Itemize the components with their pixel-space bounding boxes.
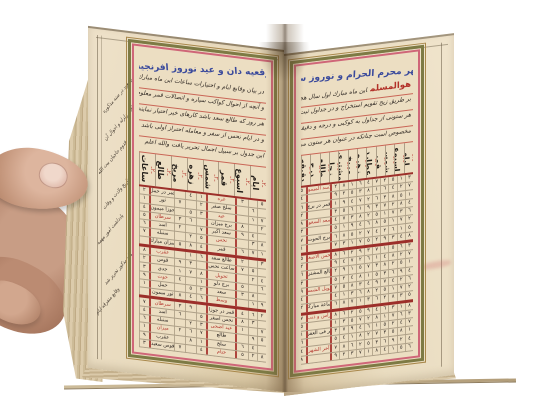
table-cell: ٨ [364,288,372,296]
table-cell [174,191,185,200]
table-cell: ٨ [372,347,380,355]
cell-entry: ١ [200,279,203,284]
table-cell: ٣ [248,319,257,327]
table-cell: ٤ [364,280,372,288]
table-cell: ٨ [330,311,339,319]
cell-entry: ٩ [351,224,354,229]
table-cell: ٥ [330,224,339,232]
table-cell: ٨ [397,327,405,335]
cell-entry: ٥ [200,236,203,241]
cell-entry: ٨ [343,233,346,238]
table-cell: ٣ [405,242,413,250]
table-cell: ٥ [348,189,356,197]
cell-entry: ٨ [359,274,362,279]
table-cell: ٧ [405,182,413,190]
table-cell: ٢ [372,287,380,295]
table-cell: ١ [356,205,364,213]
cell-entry: ٦ [367,325,370,330]
table-cell: ١ [380,210,388,218]
cell-entry: ٩ [367,205,370,210]
cell-entry: ١ [189,253,192,258]
cell-entry: ٤ [351,199,354,204]
cell-entry: ٤ [143,308,146,313]
cell-entry: ٩ [343,268,346,273]
table-cell: ٣ [380,194,388,202]
table-cell: ٢ [372,236,380,244]
table-cell: ٧ [356,316,364,324]
table-cell: ٧ [397,284,405,292]
cell-entry: ٩ [241,233,244,238]
cell-entry: ٧ [351,300,354,305]
table-cell: ٣ [196,321,207,330]
cell-entry: ٤ [408,200,411,205]
cell-entry: ٣ [384,271,387,276]
cell-entry: ٧ [252,251,255,256]
header-glyph: ايام [251,175,259,191]
table-cell [257,345,266,353]
cell-entry: ٣ [143,341,146,346]
table-cell: ٥ [388,176,396,184]
table-cell: ٦ [405,207,413,215]
cell-entry: ٢ [351,250,354,255]
cell-entry: ٩ [143,332,146,337]
cell-entry: ٦ [241,249,244,254]
cell-entry: ٢ [408,217,411,222]
table-header-cell: ـ٢ـمريخ [171,156,187,190]
cell-entry: ٢ [241,260,244,265]
table-cell: ١ [348,333,356,341]
header-glyph: زهره [357,153,363,174]
book-gutter-crease [258,42,310,82]
cell-entry: ٩ [143,272,146,277]
table-cell: ٧ [330,344,339,352]
cell-entry: ٧ [408,252,411,257]
table-cell: ٦ [330,233,339,241]
table-cell: ٣ [405,174,413,182]
cell-entry: ٧ [384,203,387,208]
cell-entry: ١ [343,293,346,298]
cell-entry: ٤ [189,194,192,199]
cell-entry: ٧ [408,320,411,325]
table-cell [174,232,185,241]
table-cell: ٩ [364,307,372,315]
header-red-accent: ـ٢ـ [308,166,311,174]
table-cell [248,224,257,232]
cell-entry: ٤ [400,234,403,239]
table-cell: ٣ [372,339,380,347]
cell-entry: ١ [334,201,337,206]
table-cell: ٥ [185,285,196,294]
table-cell: ٩ [348,325,356,333]
table-cell: ٩ [174,259,185,268]
table-cell: ٩ [330,352,339,360]
cell-entry: ٥ [334,337,337,342]
table-cell: ٧ [397,216,405,224]
header-glyph: مريخ [348,155,354,175]
table-cell: ٩ [185,303,196,312]
table-cell: ٩ [330,191,339,199]
right-page-olive-frame: اول شهر محرم الحرام و نوروز سلطانی هوالم… [290,45,424,377]
table-cell: ١ [372,254,380,262]
cell-entry: ٩ [359,249,362,254]
table-cell: ٦ [356,180,364,188]
cell-entry: سرطان [155,214,171,221]
table-cell: ٢ [330,268,339,276]
cell-entry: ٥ [367,341,370,346]
cell-entry: ٦ [261,287,264,292]
table-cell: ٢ [348,249,356,257]
table-cell: ٧ [139,227,149,236]
table-cell: ٩ [330,259,339,267]
cell-entry: جدی [158,266,168,272]
table-cell [185,345,196,354]
header-glyph: زهره [188,164,196,185]
cell-entry: ٢ [375,289,378,294]
cell-entry: ثور [160,198,166,204]
table-cell: ٢ [139,254,149,263]
table-cell: ٤ [339,334,347,342]
left-page-olive-frame: وقعیه دان و عید نوروز افرنجیه در بیان وق… [128,39,277,375]
table-cell: ٩ [348,222,356,230]
table-cell: ٣ [348,350,356,358]
table-cell: ١ [139,279,149,288]
table-cell: ٢ [388,201,396,209]
table-cell [257,209,266,217]
table-cell: ٢ [348,309,356,317]
cell-entry: ١ [392,346,395,351]
table-cell [174,335,185,344]
table-cell [185,312,196,321]
table-cell: ٤ [139,203,149,212]
table-cell: ٤ [196,243,207,252]
cell-entry: ٣ [241,293,244,298]
table-cell: ٨ [185,336,196,345]
table-cell: ٦ [139,219,149,228]
table-header-cell: ـ٢ـمريخ [348,149,357,180]
table-cell: ٨ [248,293,257,301]
left-page-gold-frame: وقعیه دان و عید نوروز افرنجیه در بیان وق… [126,37,279,378]
table-header-cell: ـ٢ـقمر [376,146,385,177]
cell-entry: ٢ [359,231,362,236]
cell-entry: ٧ [143,229,146,234]
cell-entry: قمر [217,247,225,253]
cell-entry: ٤ [343,336,346,341]
header-red-accent: ـ٢ـ [364,159,367,167]
cell-entry: ٧ [334,285,337,290]
header-red-accent: ـ٢ـ [212,174,218,182]
cell-entry: ٨ [408,303,411,308]
cell-entry: ٨ [334,252,337,257]
table-cell: ١ [248,301,257,309]
cell-entry: ٨ [392,194,395,199]
table-cell: ٩ [248,336,257,344]
table-cell: ٤ [139,306,149,315]
table-cell: ٢ [364,196,372,204]
cell-entry: ٥ [343,208,346,213]
cell-entry: ٣ [189,262,192,267]
table-cell: ٥ [356,265,364,273]
cell-entry: حمل [158,283,168,289]
table-cell: ٧ [356,238,364,246]
cell-entry: ٢ [392,262,395,267]
cell-entry: تحویل [215,273,227,280]
table-cell: ٦ [356,289,364,297]
table-cell: ٢ [397,183,405,191]
header-glyph: مريخ [172,163,180,183]
table-header-cell: ـ٢ـمشترى [338,150,347,181]
table-cell: ٥ [397,192,405,200]
cell-entry: ٥ [392,330,395,335]
table-cell: ٩ [356,248,364,256]
table-cell: ٥ [196,313,207,322]
table-cell: ١ [397,175,405,183]
cell-entry: ٤ [367,181,370,186]
table-cell: ٢ [339,190,347,198]
cell-entry: ٢ [367,316,370,321]
cell-entry: ٣ [351,292,354,297]
cell-entry: ٨ [200,271,203,276]
table-cell: ٧ [248,249,257,257]
table-cell: ٨ [339,343,347,351]
table-cell: ٤ [405,335,413,343]
table-cell: ٥ [364,237,372,245]
cell-entry: ٧ [179,345,182,350]
table-cell: ٦ [348,206,356,214]
cell-entry: ٨ [375,221,378,226]
table-cell: ٦ [380,305,388,313]
table-cell: ٧ [196,329,207,338]
cell-entry: ٥ [261,339,264,344]
cell-entry: ٣ [392,305,395,310]
table-cell: ٦ [174,310,185,319]
cell-entry: ساعة مباركه [306,302,330,310]
table-cell [185,276,196,285]
cell-entry: ٤ [334,218,337,223]
cell-entry: ٦ [252,313,255,318]
table-cell: ١ [339,223,347,231]
cell-entry: ٢ [400,185,403,190]
table-cell: ٦ [380,185,388,193]
table-cell: ٤ [364,179,372,187]
left-page-table-area: وقعیه دان و عید نوروز افرنجیه در بیان وق… [139,51,266,363]
table-cell: ٦ [372,195,380,203]
table-cell: ٤ [348,198,356,206]
table-cell: ٤ [330,216,339,224]
cell-entry: ٦ [200,296,203,301]
table-cell [196,305,207,314]
header-red-accent: ـ٢ـ [181,170,187,178]
cell-entry: ١ [261,252,264,257]
cell-entry: ٥ [408,293,411,298]
cell-entry: ١ [351,267,354,272]
table-cell: ٣ [388,234,396,242]
cell-entry: ٢ [367,333,370,338]
cell-entry: ٣ [351,351,354,356]
table-cell: ١ [388,345,396,353]
table-cell: ٨ [364,187,372,195]
cell-entry: ٦ [143,221,146,226]
table-cell: ٨ [139,246,149,255]
table-cell: ٩ [257,302,266,310]
cell-entry: ٩ [343,200,346,205]
cell-entry: ٥ [392,245,395,250]
table-cell: ٧ [364,264,372,272]
cell-entry: ١ [408,260,411,265]
table-cell: ٧ [330,284,339,292]
table-cell [248,284,257,292]
cell-entry: ٥ [392,178,395,183]
table-cell: ٦ [196,294,207,303]
table-cell: ٥ [257,201,266,209]
table-cell: ٧ [356,349,364,357]
header-red-accent: ـ٢ـ [392,156,395,164]
cell-entry: ٩ [179,260,182,265]
table-cell: ٨ [356,332,364,340]
table-header-cell: ـ٢ـساعات [139,152,155,186]
table-cell: ٨ [405,232,413,240]
cell-entry: ١ [408,328,411,333]
cell-entry: ٤ [408,268,411,273]
cell-entry: ٧ [359,317,362,322]
table-cell: ٢ [196,201,207,210]
table-cell: ٩ [139,271,149,280]
cell-entry: ٤ [359,223,362,228]
header-red-accent: ـ٢ـ [326,164,329,172]
cell-entry: ٥ [241,353,244,358]
header-glyph: مشترى [338,151,344,181]
cell-entry: ١ [252,218,255,223]
table-cell: ١ [348,239,356,247]
table-cell: ٢ [174,224,185,233]
cell-entry: سنبله [157,318,169,324]
table-cell: ٧ [330,241,339,249]
table-cell: ٦ [257,285,266,293]
table-cell [257,294,266,302]
table-cell: ٨ [257,353,266,361]
cell-entry: ٤ [241,311,244,316]
cell-entry: ٧ [367,265,370,270]
table-header-cell: ـ٢ـزحل [329,151,338,182]
table-cell: ١ [248,216,257,224]
cell-entry: ٥ [200,315,203,320]
table-cell: ٨ [372,219,380,227]
cell-entry: ٦ [343,251,346,256]
table-cell [185,200,196,209]
table-cell: ١ [348,181,356,189]
table-header-cell: ـ٢ـاسبوع [234,164,250,198]
cell-entry: ١ [143,324,146,329]
cell-entry: ٥ [334,277,337,282]
table-cell: ٣ [372,203,380,211]
cell-entry: ٣ [334,209,337,214]
table-cell: ١ [405,191,413,199]
cell-entry: ٤ [179,277,182,282]
cell-entry: ٢ [189,321,192,326]
cell-entry: ٥ [375,272,378,277]
table-cell: ٤ [330,292,339,300]
table-cell: ٣ [339,240,347,248]
cell-entry: ٦ [359,182,362,187]
cell-entry: ٧ [400,218,403,223]
table-cell: ٩ [364,204,372,212]
table-cell: ٧ [372,246,380,254]
table-cell: ٥ [388,244,396,252]
cell-entry: ١ [351,240,354,245]
table-cell: ٢ [356,256,364,264]
cell-entry: ١ [343,225,346,230]
table-cell: ٤ [405,199,413,207]
table-cell: ٥ [196,234,207,243]
table-cell: ٩ [339,199,347,207]
cell-entry: ثور میمون [152,290,173,298]
table-cell: ٣ [380,329,388,337]
table-cell: ٣ [174,215,185,224]
table-cell [248,200,257,208]
cell-entry: ٣ [143,264,146,269]
table-cell: ٥ [372,271,380,279]
cell-entry: سلخ [217,341,226,347]
cell-entry: ٢ [179,225,182,230]
cell-entry: عقرب [156,249,169,256]
table-cell: ٣ [185,260,196,269]
table-cell: ٧ [380,202,388,210]
cell-entry: ٥ [384,323,387,328]
cell-entry: ٦ [189,330,192,335]
header-glyph: طالع [156,161,164,181]
table-header-cell: ـ٢ـعطارد [366,147,375,178]
cell-entry: ٩ [375,280,378,285]
table-cell: ٨ [185,241,196,250]
cell-entry: ٣ [200,323,203,328]
cell-entry: ٥ [384,288,387,293]
right-page-pink-frame: اول شهر محرم الحرام و نوروز سلطانی هوالم… [294,49,420,372]
table-cell: ٤ [372,228,380,236]
table-cell: ٦ [248,208,257,216]
cell-entry: ٩ [351,327,354,332]
table-cell: ٦ [139,314,149,323]
table-cell: ٢ [397,251,405,259]
table-cell: ٧ [372,178,380,186]
cell-entry: سعد اكبر [212,229,231,236]
table-cell: ٤ [405,267,413,275]
table-cell: ٩ [339,267,347,275]
cell-entry: ٦ [189,218,192,223]
cell-entry: ٦ [351,343,354,348]
cell-entry: ٦ [384,306,387,311]
cell-entry: ٤ [384,255,387,260]
table-cell: ٦ [348,342,356,350]
cell-entry: ٢ [375,237,378,242]
table-cell [174,250,185,259]
cell-entry: ٤ [400,321,403,326]
cell-entry: ٦ [200,255,203,260]
cell-entry: عید اضحی [211,324,233,332]
cell-entry: وسط [216,298,227,304]
table-cell: ١ [372,322,380,330]
table-cell: ٢ [356,230,364,238]
cell-entry: ٢ [400,253,403,258]
table-cell: ٦ [364,255,372,263]
cell-entry: ٨ [343,301,346,306]
cell-entry: ٦ [408,276,411,281]
table-cell [257,234,266,242]
table-cell: ٦ [185,217,196,226]
cell-entry: ٤ [343,260,346,265]
table-cell: ٤ [257,277,266,285]
cell-entry: ٣ [334,329,337,334]
cell-entry: ٤ [252,234,255,239]
cell-entry: ٣ [408,311,411,316]
